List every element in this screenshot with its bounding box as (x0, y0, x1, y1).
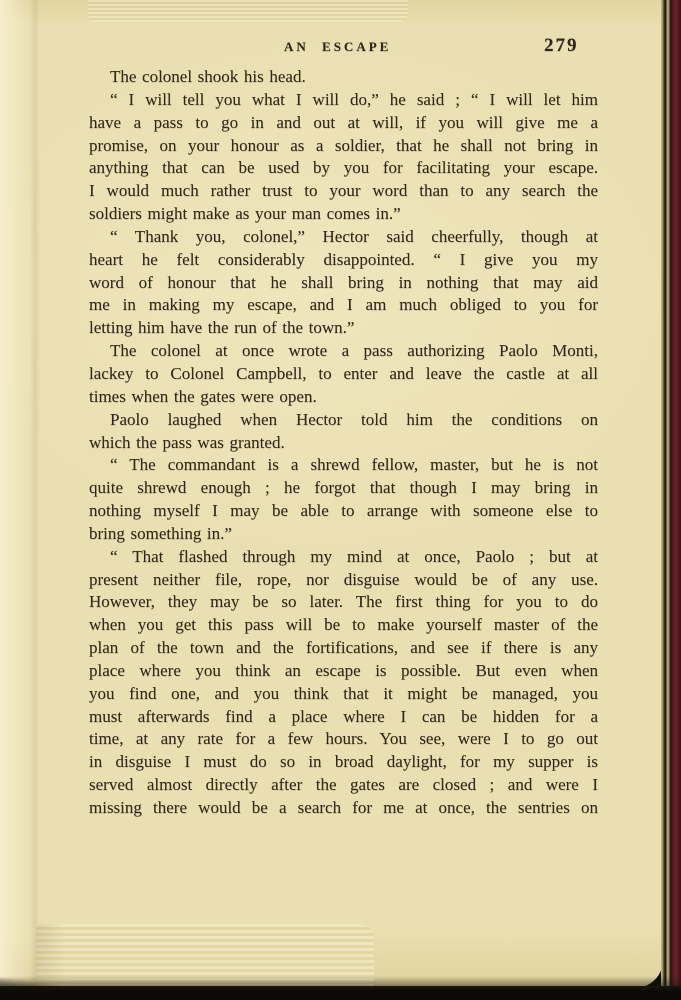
text-line: nothing myself I may be able to arrange … (89, 500, 598, 523)
book-page: AN ESCAPE 279 The colonel shook his head… (0, 0, 663, 988)
book-cover-edge (671, 0, 681, 994)
text-line: quite shrewd enough ; he forgot that tho… (89, 477, 598, 500)
text-line: me in making my escape, and I am much ob… (89, 294, 598, 317)
text-line: promise, on your honour as a soldier, th… (89, 135, 598, 158)
text-line: “ Thank you, colonel,” Hector said cheer… (89, 226, 598, 249)
text-line: However, they may be so later. The first… (89, 591, 598, 614)
book-scan: AN ESCAPE 279 The colonel shook his head… (0, 0, 681, 1000)
text-line: heart he felt considerably disappointed.… (89, 249, 598, 272)
text-line: word of honour that he shall bring in no… (89, 272, 598, 295)
page-left-crease (30, 0, 40, 988)
text-line: which the pass was granted. (89, 432, 598, 455)
text-line: have a pass to go in and out at will, if… (89, 112, 598, 135)
text-line: Paolo laughed when Hector told him the c… (89, 409, 598, 432)
text-line: “ I will tell you what I will do,” he sa… (89, 89, 598, 112)
text-line: The colonel shook his head. (89, 66, 598, 89)
page-number: 279 (544, 35, 579, 57)
text-line: “ The commandant is a shrewd fellow, mas… (89, 454, 598, 477)
text-line: “ That flashed through my mind at once, … (89, 546, 598, 569)
paragraph: “ The commandant is a shrewd fellow, mas… (89, 454, 598, 545)
paragraph: “ I will tell you what I will do,” he sa… (89, 89, 598, 226)
paragraph: “ Thank you, colonel,” Hector said cheer… (89, 226, 598, 340)
text-line: times when the gates were open. (89, 386, 598, 409)
paragraph: “ That flashed through my mind at once, … (89, 546, 598, 820)
text-line: in disguise I must do so in broad daylig… (89, 751, 598, 774)
book-page-edges-right (661, 0, 671, 990)
scanner-background (0, 986, 681, 1000)
paragraph: Paolo laughed when Hector told him the c… (89, 409, 598, 455)
text-line: bring something in.” (89, 523, 598, 546)
bottom-left-shadow (0, 978, 60, 992)
page-left-edge-highlight (0, 0, 34, 988)
page-text: The colonel shook his head.“ I will tell… (89, 66, 598, 820)
text-line: letting him have the run of the town.” (89, 317, 598, 340)
text-line: I would much rather trust to your word t… (89, 180, 598, 203)
text-line: time, at any rate for a few hours. You s… (89, 728, 598, 751)
text-line: when you get this pass will be to make y… (89, 614, 598, 637)
text-line: served almost directly after the gates a… (89, 774, 598, 797)
text-line: soldiers might make as your man comes in… (89, 203, 598, 226)
paragraph: The colonel at once wrote a pass authori… (89, 340, 598, 409)
running-head-title: AN ESCAPE (284, 39, 391, 55)
text-line: present neither file, rope, nor disguise… (89, 569, 598, 592)
paragraph: The colonel shook his head. (89, 66, 598, 89)
text-line: must afterwards find a place where I can… (89, 706, 598, 729)
text-line: missing there would be a search for me a… (89, 797, 598, 820)
text-line: lackey to Colonel Campbell, to enter and… (89, 363, 598, 386)
text-line: anything that can be used by you for fac… (89, 157, 598, 180)
text-line: plan of the town and the fortifications,… (89, 637, 598, 660)
text-line: place where you think an escape is possi… (89, 660, 598, 683)
stacked-page-edges-top (88, 0, 408, 22)
text-line: you find one, and you think that it migh… (89, 683, 598, 706)
text-line: The colonel at once wrote a pass authori… (89, 340, 598, 363)
